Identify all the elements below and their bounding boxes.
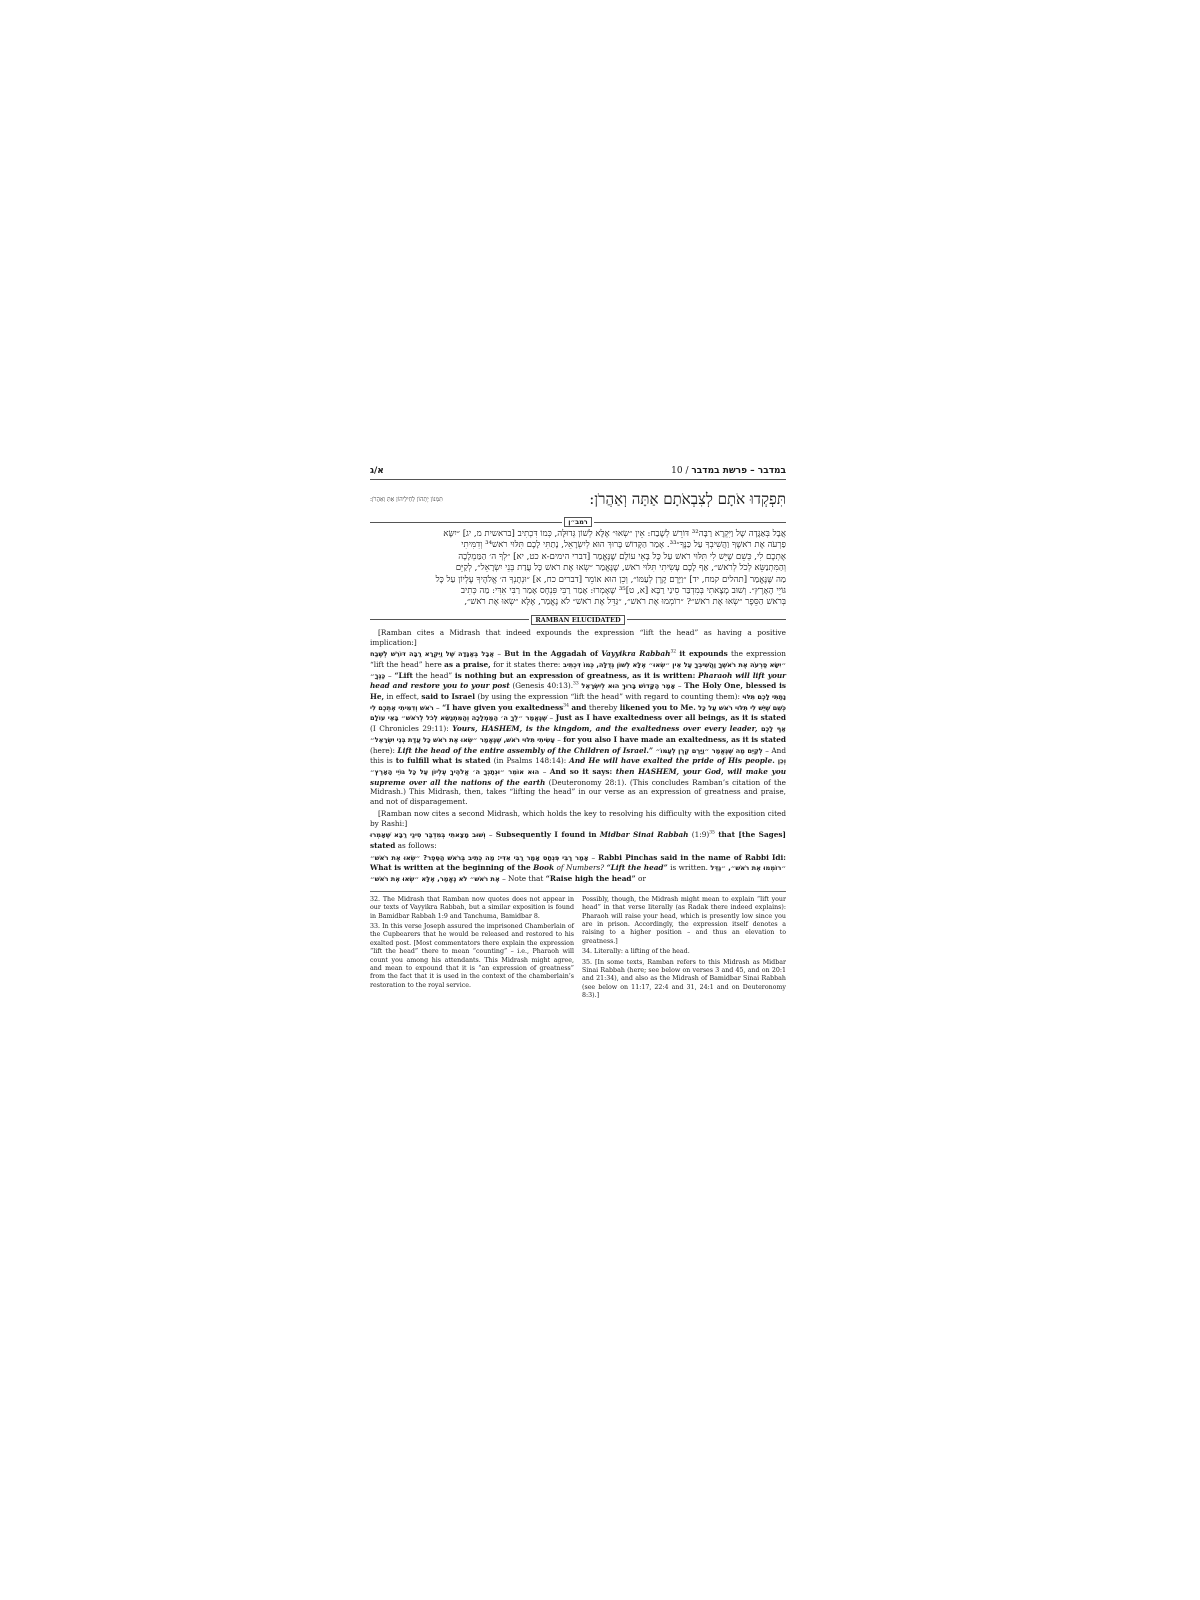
footnote-35: 35. [In some texts, Ramban refers to thi… — [582, 959, 786, 1001]
footnote-34: 34. Literally: a lifting of the head. — [582, 948, 786, 956]
intro-paragraph: [Ramban cites a Midrash that indeed expo… — [370, 628, 786, 647]
elucidated-label: RAMBAN ELUCIDATED — [531, 615, 624, 625]
footnotes-left-column: 32. The Midrash that Ramban now quotes d… — [370, 896, 574, 1003]
ramban-label: רמב״ן — [564, 517, 591, 527]
running-title: במדבר – פרשת במדבר — [691, 466, 786, 476]
ramban-line: אֶתְכֶם לִי, כְּשֵׁם שֶׁיֵּשׁ לִי תִּלּו… — [370, 552, 786, 563]
verse-targum: תִּמְנוֹן יָתְהוֹן לְחֵילֵיהוֹן אַתְּ וְ… — [370, 496, 443, 503]
page-number: 10 — [671, 466, 682, 476]
ramban-line: אֲבָל בְּאַגָּדָה שֶׁל וַיִּקְרָא רַבָּה… — [370, 529, 786, 540]
ramban-line: מַה שֶּׁנֶּאֱמַר [תהלים קמח, יד] ״וַיָּר… — [370, 575, 786, 586]
footnote-32: 32. The Midrash that Ramban now quotes d… — [370, 896, 574, 921]
intro-paragraph: [Ramban now cites a second Midrash, whic… — [370, 809, 786, 828]
running-header: א/ג במדבר – פרשת במדבר / 10 — [370, 466, 786, 480]
footnotes: 32. The Midrash that Ramban now quotes d… — [370, 896, 786, 1003]
verse-hebrew: תִּפְקְדוּ אֹתָם לְצִבְאֹתָם אַתָּה וְאַ… — [589, 490, 786, 509]
ramban-line: פַרְעֹה אֶת רֹאשֶׁךָ וַהֲשִׁיבְךָ עַל כַ… — [370, 540, 786, 551]
ramban-line: גּוֹיֵי הָאָרֶץ״. וְשׁוּב מָצָאתִי בְּמִ… — [370, 586, 786, 597]
footnote-divider — [370, 891, 786, 892]
ramban-line: בְּרֹאשׁ הַסֵּפֶר ״שְׂאוּ אֶת רֹאשׁ״? ״ר… — [370, 597, 786, 608]
elucidation-text: [Ramban cites a Midrash that indeed expo… — [370, 628, 786, 885]
footnote-33-continued: Possibly, though, the Midrash might mean… — [582, 896, 786, 946]
elucidation-entry: וְשׁוּב מָצָאתִי בְּמִדְבַּר סִינַי רַבָ… — [370, 830, 786, 850]
book-page: א/ג במדבר – פרשת במדבר / 10 תִּפְקְדוּ א… — [370, 466, 786, 1003]
elucidation-entry: אָמַר רַבִּי פִּנְחָס אָמַר רַבִּי אִדִּ… — [370, 853, 786, 885]
verse-line: תִּפְקְדוּ אֹתָם לְצִבְאֹתָם אַתָּה וְאַ… — [370, 490, 786, 509]
ramban-hebrew-text: אֲבָל בְּאַגָּדָה שֶׁל וַיִּקְרָא רַבָּה… — [370, 529, 786, 609]
ramban-line: וְהַמִּתְנַשֵּׂא לְכֹל לְרֹאשׁ״, אַף לָכ… — [370, 563, 786, 574]
footnote-33: 33. In this verse Joseph assured the imp… — [370, 923, 574, 990]
verse-reference: א/ג — [370, 466, 384, 476]
header-right: במדבר – פרשת במדבר / 10 — [671, 466, 786, 476]
ramban-divider: רמב״ן — [370, 517, 786, 527]
elucidated-divider: RAMBAN ELUCIDATED — [370, 615, 786, 625]
elucidation-entry: אֲבָל בְּאַגָּדָה שֶׁל וַיִּקְרָא רַבָּה… — [370, 649, 786, 807]
footnotes-right-column: Possibly, though, the Midrash might mean… — [582, 896, 786, 1003]
